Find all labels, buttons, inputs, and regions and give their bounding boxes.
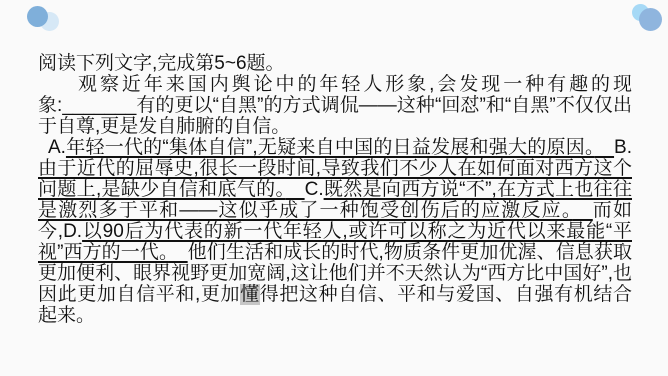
decor-circle-top-left-front: [27, 6, 48, 27]
text-segment: [285, 179, 304, 200]
text-segment: 观察近年来国内舆论中的年轻人形象,会发现一种有趣的现象:_______有的更以“…: [38, 74, 632, 137]
paragraph: A.年轻一代的“集体自信”,无疑来自中国的日益发展和强大的原因。 B.由于近代的…: [38, 137, 632, 326]
text-segment: [573, 200, 593, 221]
text-segment: 年轻一代的“集体自信”,无疑来自中国的日益发展和强大的原因。: [66, 137, 595, 158]
text-segment: 懂: [240, 284, 260, 305]
slide: 阅读下列文字,完成第5~6题。观察近年来国内舆论中的年轻人形象,会发现一种有趣的…: [0, 0, 668, 376]
paragraph: 阅读下列文字,完成第5~6题。: [38, 53, 632, 74]
text-segment: [595, 137, 614, 158]
text-segment: 阅读下列文字,完成第5~6题。: [38, 53, 285, 74]
decor-circle-top-right-front: [639, 8, 662, 31]
text-segment: C.: [305, 179, 324, 200]
text-segment: B.: [614, 137, 632, 158]
reading-passage: 阅读下列文字,完成第5~6题。观察近年来国内舆论中的年轻人形象,会发现一种有趣的…: [38, 53, 632, 326]
paragraph: 观察近年来国内舆论中的年轻人形象,会发现一种有趣的现象:_______有的更以“…: [38, 74, 632, 137]
text-segment: A.: [48, 137, 66, 158]
text-segment: [169, 242, 188, 263]
